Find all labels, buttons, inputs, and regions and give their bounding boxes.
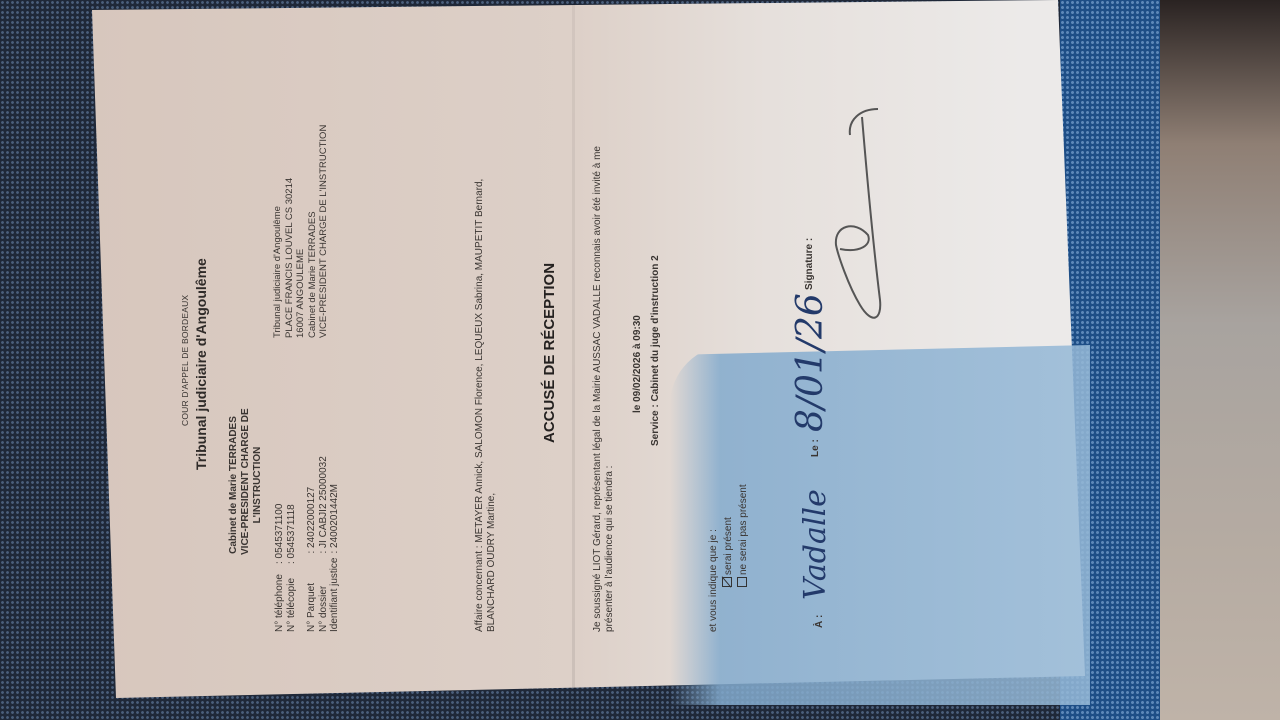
affaire-line-2: BLANCHARD OUDRY Martine, [486, 179, 498, 632]
attendance-prompt: et vous indique que je : [708, 529, 720, 632]
contact-row: N° télécopie: 0545371118 [286, 500, 298, 632]
hearing-date: le 09/02/2026 à 09:30 [632, 315, 644, 413]
option-present[interactable]: serai présent [722, 517, 735, 587]
reference-row: N° dossier: JI CABJI2 25000032 [318, 452, 330, 632]
contacts-block: N° téléphone: 0545371100 N° télécopie: 0… [274, 500, 297, 632]
affaire-block: Affaire concernant : METAYER Annick, SAL… [474, 179, 498, 632]
signature-label: Signature : [804, 238, 816, 290]
references-block: N° Parquet: 24022000127 N° dossier: JI C… [306, 452, 341, 632]
checkbox-unchecked[interactable] [737, 577, 747, 587]
date-label: Le : [810, 439, 822, 457]
body-text: Je soussigné LIOT Gérard, représentant l… [592, 146, 616, 632]
tribunal-name: Tribunal judiciaire d'Angoulême [193, 258, 209, 470]
signature-drawing [820, 95, 900, 335]
affaire-line-1: Affaire concernant : METAYER Annick, SAL… [474, 179, 486, 632]
paper-fold [572, 0, 575, 720]
cabinet-block: Cabinet de Marie TERRADES VICE-PRESIDENT… [228, 415, 264, 555]
checkbox-checked[interactable] [722, 577, 732, 587]
court-name: COUR D'APPEL DE BORDEAUX [180, 295, 190, 426]
reference-row: Identifiant justice: 2400201442M [329, 452, 341, 632]
contact-row: N° téléphone: 0545371100 [274, 500, 286, 632]
place-handwritten: Vadalle [798, 489, 833, 600]
cabinet-line-2: VICE-PRESIDENT CHARGE DE [240, 415, 252, 555]
hearing-service: Service : Cabinet du juge d'instruction … [650, 255, 662, 446]
address-block: Tribunal judiciaire d'Angoulême PLACE FR… [272, 125, 330, 338]
reference-row: N° Parquet: 24022000127 [306, 452, 318, 632]
cabinet-line-1: Cabinet de Marie TERRADES [228, 415, 240, 555]
cabinet-line-3: L'INSTRUCTION [252, 415, 264, 555]
document-title: ACCUSÉ DE RÉCEPTION [541, 263, 558, 443]
option-absent[interactable]: ne serai pas présent [737, 484, 750, 587]
place-label: À : [814, 615, 826, 628]
